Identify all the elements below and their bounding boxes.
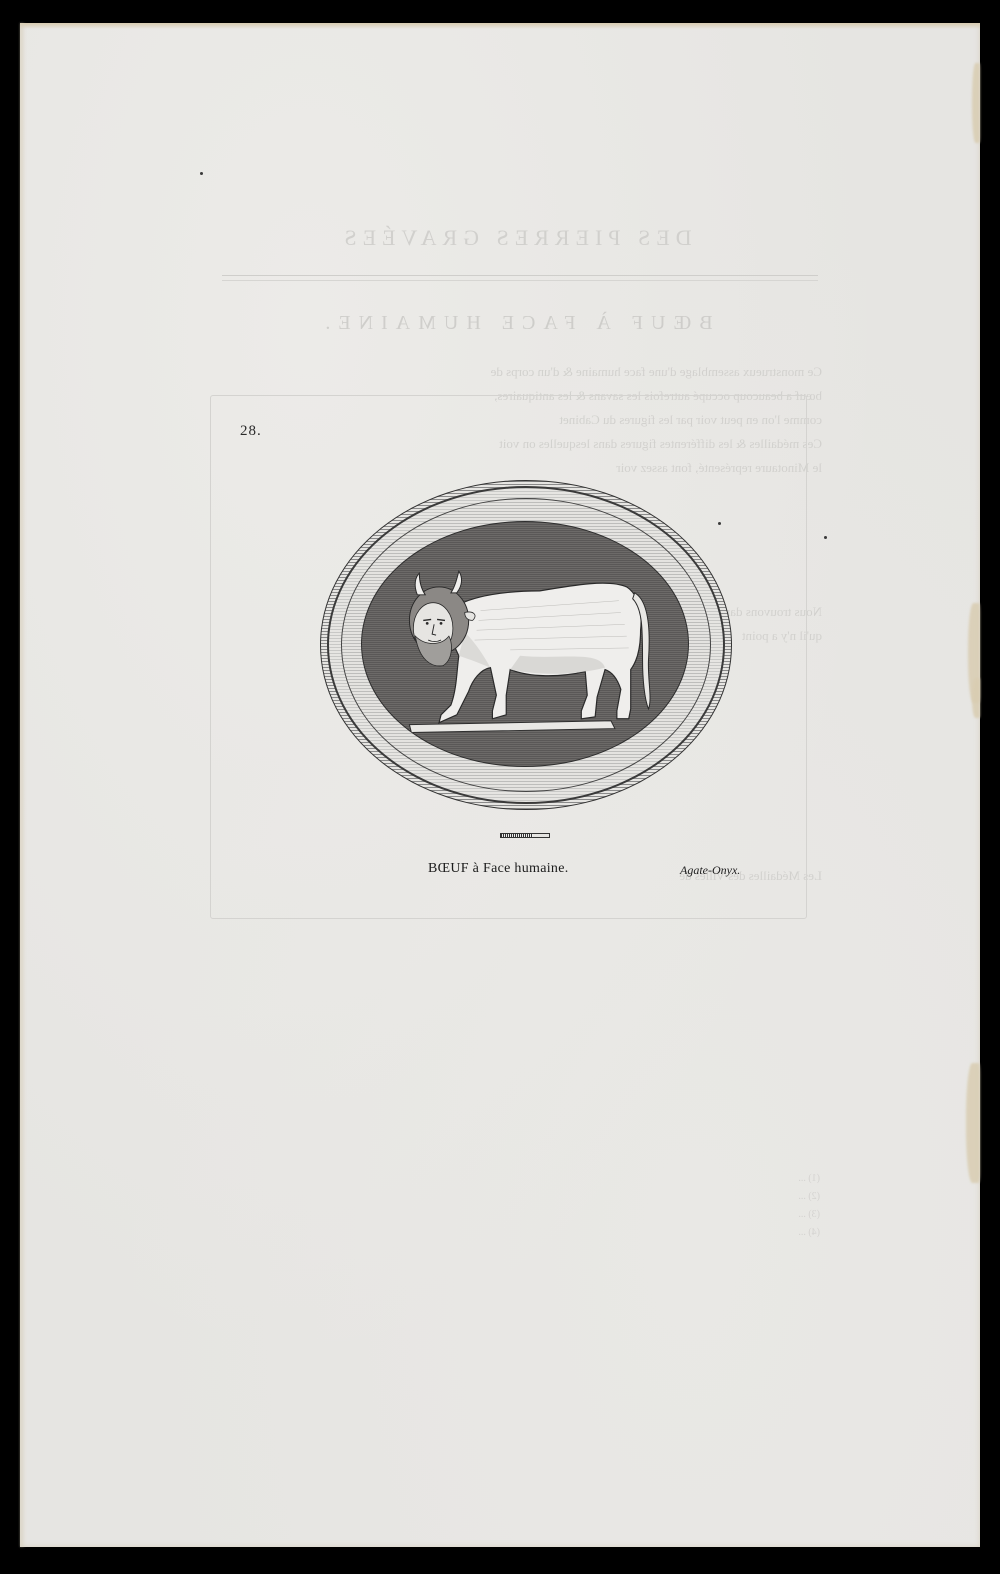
- gem-oval-frame: [320, 480, 732, 810]
- age-stain: [966, 1063, 980, 1183]
- plate-caption-title: BŒUF à Face humaine.: [428, 861, 569, 877]
- paper-speck: [824, 536, 827, 539]
- show-through-rule: [222, 280, 818, 281]
- age-stain: [972, 63, 980, 143]
- paper-speck: [718, 522, 721, 525]
- show-through-note: (2) ...: [300, 1188, 820, 1206]
- plate-number: 28.: [240, 423, 262, 440]
- paper-speck: [200, 172, 203, 175]
- show-through-note: (4) ...: [300, 1224, 820, 1242]
- human-faced-bull-figure: [362, 522, 688, 766]
- show-through-header: DES PIERRES GRAVÉES: [210, 225, 820, 251]
- show-through-notes: (1) ... (2) ... (3) ... (4) ...: [300, 1170, 820, 1242]
- gem-field: [361, 521, 689, 767]
- show-through-note: (3) ...: [300, 1206, 820, 1224]
- plate-caption-material: Agate-Onyx.: [680, 863, 740, 878]
- age-stain: [20, 23, 26, 1547]
- scale-bar: [500, 833, 550, 838]
- show-through-rule: [222, 275, 818, 276]
- show-through-line: Ce monstrueux assemblage d'une face huma…: [222, 360, 822, 384]
- age-stain: [972, 678, 980, 718]
- show-through-note: (1) ...: [300, 1170, 820, 1188]
- show-through-title: BŒUF À FACE HUMAINE.: [230, 312, 800, 335]
